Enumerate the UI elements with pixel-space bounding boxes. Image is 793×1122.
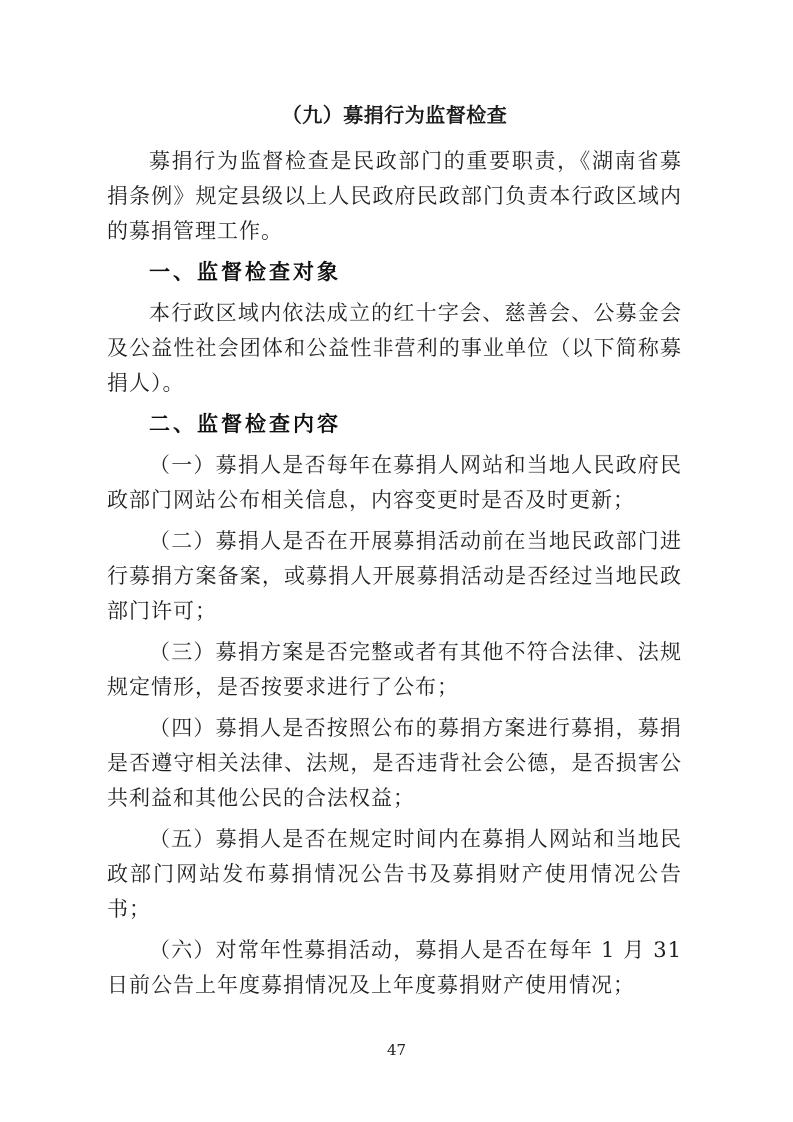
list-item-3: （三）募捐方案是否完整或者有其他不符合法律、法规规定情形，是否按要求进行了公布； [107, 635, 682, 705]
list-item-5: （五）募捐人是否在规定时间内在募捐人网站和当地民政部门网站发布募捐情况公告书及募… [107, 822, 682, 927]
page-title: （九）募捐行为监督检查 [107, 96, 682, 134]
list-item-6: （六）对常年性募捐活动，募捐人是否在每年 1 月 31 日前公告上年度募捐情况及… [107, 933, 682, 1003]
intro-paragraph: 募捐行为监督检查是民政部门的重要职责，《湖南省募捐条例》规定县级以上人民政府民政… [107, 144, 682, 249]
section-1-body: 本行政区域内依法成立的红十字会、慈善会、公募金会及公益性社会团体和公益性非营利的… [107, 296, 682, 401]
list-item-1: （一）募捐人是否每年在募捐人网站和当地人民政府民政部门网站公布相关信息，内容变更… [107, 448, 682, 518]
section-2-heading: 二、监督检查内容 [107, 407, 682, 442]
document-page: （九）募捐行为监督检查 募捐行为监督检查是民政部门的重要职责，《湖南省募捐条例》… [107, 96, 682, 1009]
page-number: 47 [0, 1041, 793, 1059]
section-1-heading: 一、监督检查对象 [107, 255, 682, 290]
list-item-4: （四）募捐人是否按照公布的募捐方案进行募捐，募捐是否遵守相关法律、法规，是否违背… [107, 711, 682, 816]
list-item-2: （二）募捐人是否在开展募捐活动前在当地民政部门进行募捐方案备案，或募捐人开展募捐… [107, 524, 682, 629]
